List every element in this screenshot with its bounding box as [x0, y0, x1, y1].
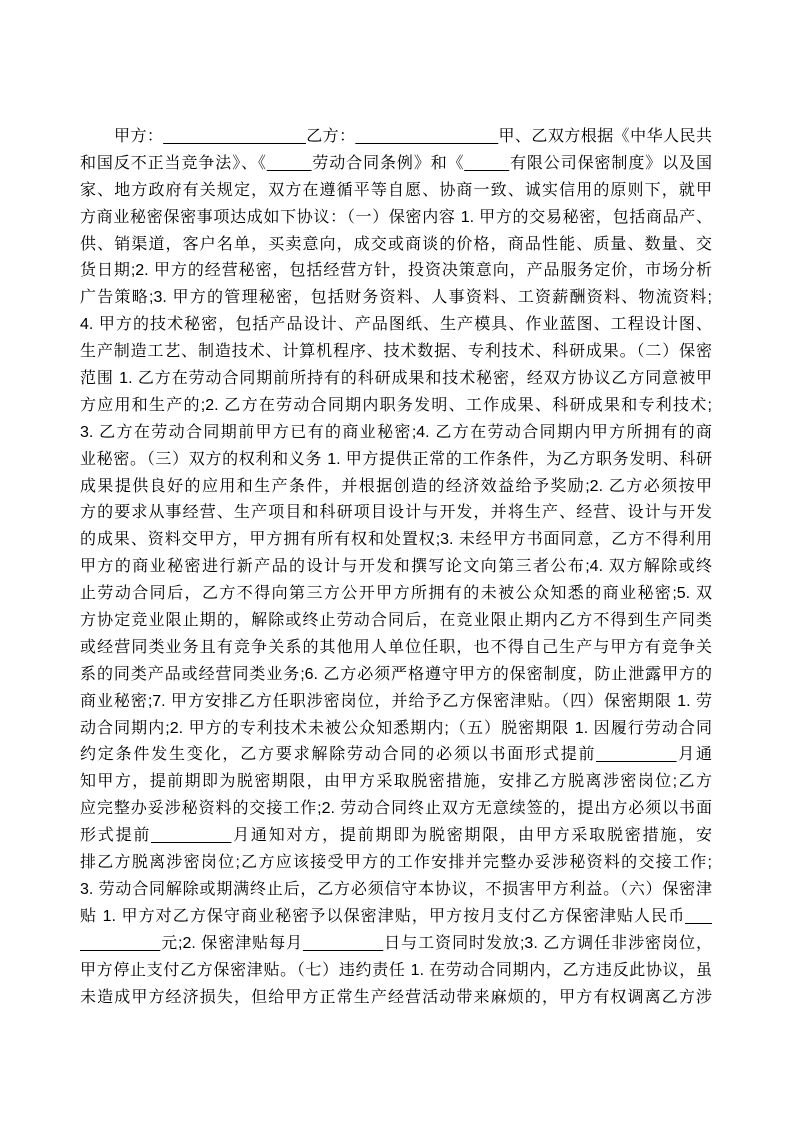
document-text-line: 或经营同类业务且有竞争关系的其他用人单位任职，也不得自己生产与甲方有竞争关 [80, 635, 712, 662]
document-text-line: 方商业秘密保密事项达成如下协议：（一）保密内容 1. 甲方的交易秘密，包括商品产… [80, 205, 712, 232]
document-text-line: 生产制造工艺、制造技术、计算机程序、技术数据、专利技术、科研成果。（二）保密 [80, 339, 712, 366]
document-text-line: 未造成甲方经济损失，但给甲方正常生产经营活动带来麻烦的，甲方有权调离乙方涉 [80, 985, 712, 1012]
document-text-line: 家、地方政府有关规定，双方在遵循平等自愿、协商一致、诚实信用的原则下，就甲 [80, 178, 712, 205]
document-text-line: 范围 1. 乙方在劳动合同期前所持有的科研成果和技术秘密，经双方协议乙方同意被甲 [80, 366, 712, 393]
document-text-line: 方的要求从事经营、生产项目和科研项目设计与开发，并将生产、经营、设计与开发 [80, 500, 712, 527]
document-text-line: 方协定竞业限止期的，解除或终止劳动合同后，在竞业限止期内乙方不得到生产同类 [80, 608, 712, 635]
document-text-line: _________元;2. 保密津贴每月_________日与工资同时发放;3.… [80, 931, 712, 958]
document-text-line: 方应用和生产的;2. 乙方在劳动合同期内职务发明、工作成果、科研成果和专利技术; [80, 393, 712, 420]
document-text-line: 货日期;2. 甲方的经营秘密，包括经营方针，投资决策意向，产品服务定价，市场分析 [80, 258, 712, 285]
document-text-line: 商业秘密;7. 甲方安排乙方任职涉密岗位，并给予乙方保密津贴。（四）保密期限 1… [80, 689, 712, 716]
document-text-line: 广告策略;3. 甲方的管理秘密，包括财务资料、人事资料、工资薪酬资料、物流资料; [80, 285, 712, 312]
document-text-line: 系的同类产品或经营同类业务;6. 乙方必须严格遵守甲方的保密制度，防止泄露甲方的 [80, 662, 712, 689]
document-text-line: 形式提前_________月通知对方，提前期即为脱密期限，由甲方采取脱密措施，安 [80, 823, 712, 850]
document-text-line: 应完整办妥涉秘资料的交接工作;2. 劳动合同终止双方无意续签的，提出方必须以书面 [80, 796, 712, 823]
document-text-line: 甲方：________________乙方：________________甲、… [80, 124, 712, 151]
document-page: 甲方：________________乙方：________________甲、… [0, 0, 793, 1122]
document-text-line: 和国反不正当竞争法》、《_____劳动合同条例》和《_____有限公司保密制度》… [80, 151, 712, 178]
document-text-line: 3. 乙方在劳动合同期前甲方已有的商业秘密;4. 乙方在劳动合同期内甲方所拥有的… [80, 420, 712, 447]
document-text-line: 止劳动合同后，乙方不得向第三方公开甲方所拥有的未被公众知悉的商业秘密;5. 双 [80, 581, 712, 608]
document-text-line: 的成果、资料交甲方，甲方拥有所有权和处置权;3. 未经甲方书面同意，乙方不得利用 [80, 527, 712, 554]
document-text-line: 3. 劳动合同解除或期满终止后，乙方必须信守本协议，不损害甲方利益。（六）保密津 [80, 877, 712, 904]
document-text-line: 业秘密。（三）双方的权利和义务 1. 甲方提供正常的工作条件，为乙方职务发明、科… [80, 447, 712, 474]
document-text-line: 供、销渠道，客户名单，买卖意向，成交或商谈的价格，商品性能、质量、数量、交 [80, 232, 712, 259]
document-text-line: 贴 1. 甲方对乙方保守商业秘密予以保密津贴，甲方按月支付乙方保密津贴人民币__… [80, 904, 712, 931]
document-text-line: 知甲方，提前期即为脱密期限，由甲方采取脱密措施，安排乙方脱离涉密岗位;乙方 [80, 769, 712, 796]
document-text-line: 动合同期内;2. 甲方的专利技术未被公众知悉期内;（五）脱密期限 1. 因履行劳… [80, 716, 712, 743]
agreement-text-block: 甲方：________________乙方：________________甲、… [80, 124, 712, 1011]
document-text-line: 约定条件发生变化，乙方要求解除劳动合同的必须以书面形式提前_________月通 [80, 742, 712, 769]
document-text-line: 4. 甲方的技术秘密，包括产品设计、产品图纸、生产模具、作业蓝图、工程设计图、 [80, 312, 712, 339]
document-text-line: 排乙方脱离涉密岗位;乙方应该接受甲方的工作安排并完整办妥涉秘资料的交接工作; [80, 850, 712, 877]
document-text-line: 甲方停止支付乙方保密津贴。（七）违约责任 1. 在劳动合同期内，乙方违反此协议，… [80, 958, 712, 985]
document-text-line: 成果提供良好的应用和生产条件，并根据创造的经济效益给予奖励;2. 乙方必须按甲 [80, 474, 712, 501]
document-text-line: 甲方的商业秘密进行新产品的设计与开发和撰写论文向第三者公布;4. 双方解除或终 [80, 554, 712, 581]
